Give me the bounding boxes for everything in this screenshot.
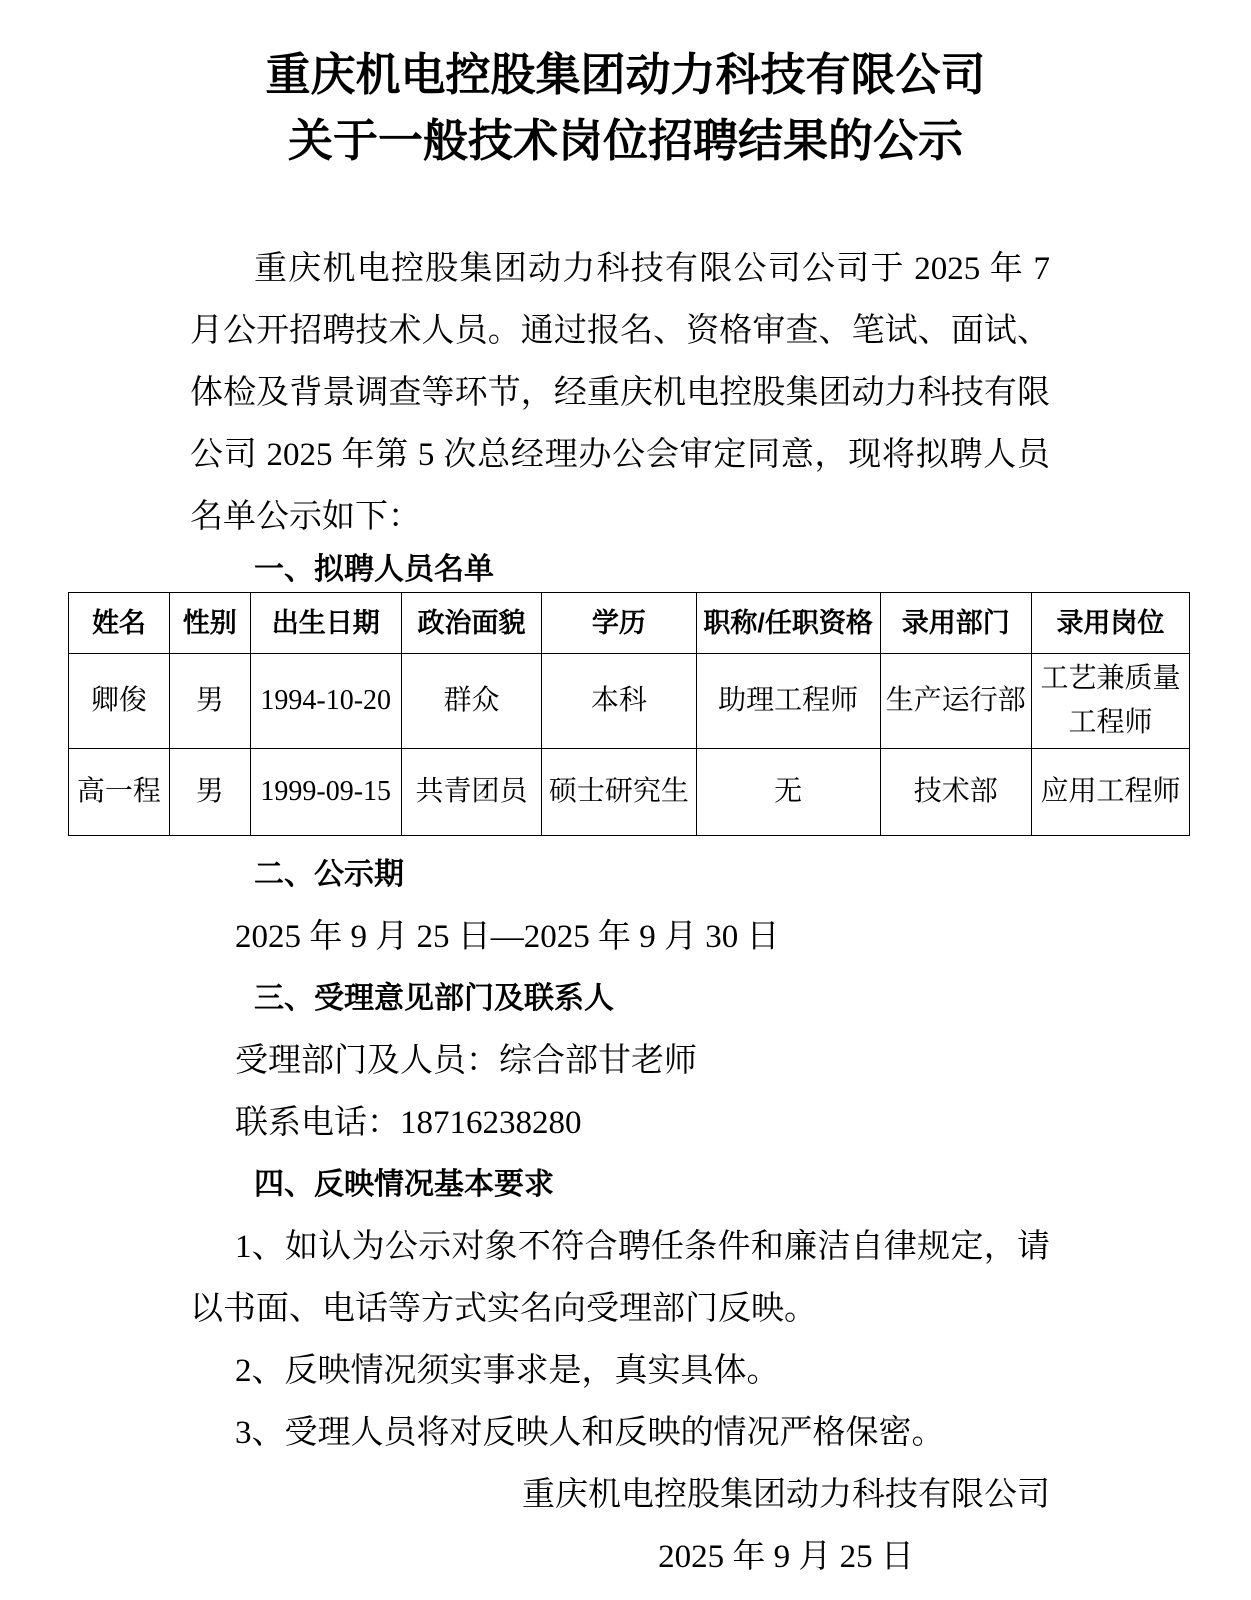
table-cell: 男	[169, 749, 250, 836]
table-cell: 助理工程师	[696, 654, 880, 749]
intro-line: 重庆机电控股集团动力科技有限公司公司于 2025 年 7	[190, 238, 1050, 300]
roster-row: 卿俊 男 1994-10-20 群众 本科 助理工程师 生产运行部 工艺兼质量工…	[69, 654, 1190, 749]
section-3-heading: 三、受理意见部门及联系人	[190, 968, 1050, 1030]
table-cell: 生产运行部	[880, 654, 1031, 749]
announcement-page: 重庆机电控股集团动力科技有限公司 关于一般技术岗位招聘结果的公示 重庆机电控股集…	[0, 0, 1251, 1600]
table-cell: 本科	[542, 654, 697, 749]
table-cell: 无	[696, 749, 880, 836]
col-header-hiring-position: 录用岗位	[1031, 593, 1189, 654]
table-cell: 应用工程师	[1031, 749, 1189, 836]
requirement-item-line: 3、受理人员将对反映人和反映的情况严格保密。	[190, 1402, 1050, 1464]
table-cell: 共青团员	[401, 749, 541, 836]
table-cell: 1994-10-20	[250, 654, 401, 749]
intro-paragraph: 重庆机电控股集团动力科技有限公司公司于 2025 年 7 月公开招聘技术人员。通…	[190, 238, 1050, 548]
intro-line: 名单公示如下：	[190, 486, 1050, 548]
publicity-period: 2025 年 9 月 25 日—2025 年 9 月 30 日	[190, 906, 1050, 968]
col-header-education: 学历	[542, 593, 697, 654]
table-cell: 技术部	[880, 749, 1031, 836]
col-header-gender: 性别	[169, 593, 250, 654]
col-header-title-qualification: 职称/任职资格	[696, 593, 880, 654]
col-header-birthdate: 出生日期	[250, 593, 401, 654]
document-title: 重庆机电控股集团动力科技有限公司 关于一般技术岗位招聘结果的公示	[0, 42, 1251, 174]
table-cell: 男	[169, 654, 250, 749]
roster-header-row: 姓名 性别 出生日期 政治面貌 学历 职称/任职资格 录用部门 录用岗位	[69, 593, 1190, 654]
intro-line: 公司 2025 年第 5 次总经理办公会审定同意，现将拟聘人员	[190, 424, 1050, 486]
roster-row: 高一程 男 1999-09-15 共青团员 硕士研究生 无 技术部 应用工程师	[69, 749, 1190, 836]
contact-phone-line: 联系电话：18716238280	[190, 1092, 1050, 1154]
table-cell: 高一程	[69, 749, 170, 836]
table-cell: 1999-09-15	[250, 749, 401, 836]
table-cell: 硕士研究生	[542, 749, 697, 836]
table-cell: 群众	[401, 654, 541, 749]
signature-date: 2025 年 9 月 25 日	[522, 1526, 1050, 1588]
document-title-line-1: 重庆机电控股集团动力科技有限公司	[0, 42, 1251, 108]
section-1-heading: 一、拟聘人员名单	[190, 548, 1050, 592]
requirement-item-line: 以书面、电话等方式实名向受理部门反映。	[190, 1278, 1050, 1340]
roster-table: 姓名 性别 出生日期 政治面貌 学历 职称/任职资格 录用部门 录用岗位 卿俊 …	[68, 592, 1190, 836]
col-header-hiring-department: 录用部门	[880, 593, 1031, 654]
document-title-line-2: 关于一般技术岗位招聘结果的公示	[0, 108, 1251, 174]
requirement-item-line: 1、如认为公示对象不符合聘任条件和廉洁自律规定，请	[190, 1216, 1050, 1278]
signature-block: 重庆机电控股集团动力科技有限公司 2025 年 9 月 25 日	[190, 1464, 1050, 1588]
intro-line: 月公开招聘技术人员。通过报名、资格审查、笔试、面试、	[190, 300, 1050, 362]
table-cell: 卿俊	[69, 654, 170, 749]
intro-line: 体检及背景调查等环节，经重庆机电控股集团动力科技有限	[190, 362, 1050, 424]
table-cell: 工艺兼质量工程师	[1031, 654, 1189, 749]
signature-company: 重庆机电控股集团动力科技有限公司	[522, 1464, 1050, 1526]
col-header-political-status: 政治面貌	[401, 593, 541, 654]
contact-department-line: 受理部门及人员：综合部甘老师	[190, 1030, 1050, 1092]
section-4-heading: 四、反映情况基本要求	[190, 1154, 1050, 1216]
section-2-heading: 二、公示期	[190, 844, 1050, 906]
requirement-item-line: 2、反映情况须实事求是，真实具体。	[190, 1340, 1050, 1402]
col-header-name: 姓名	[69, 593, 170, 654]
